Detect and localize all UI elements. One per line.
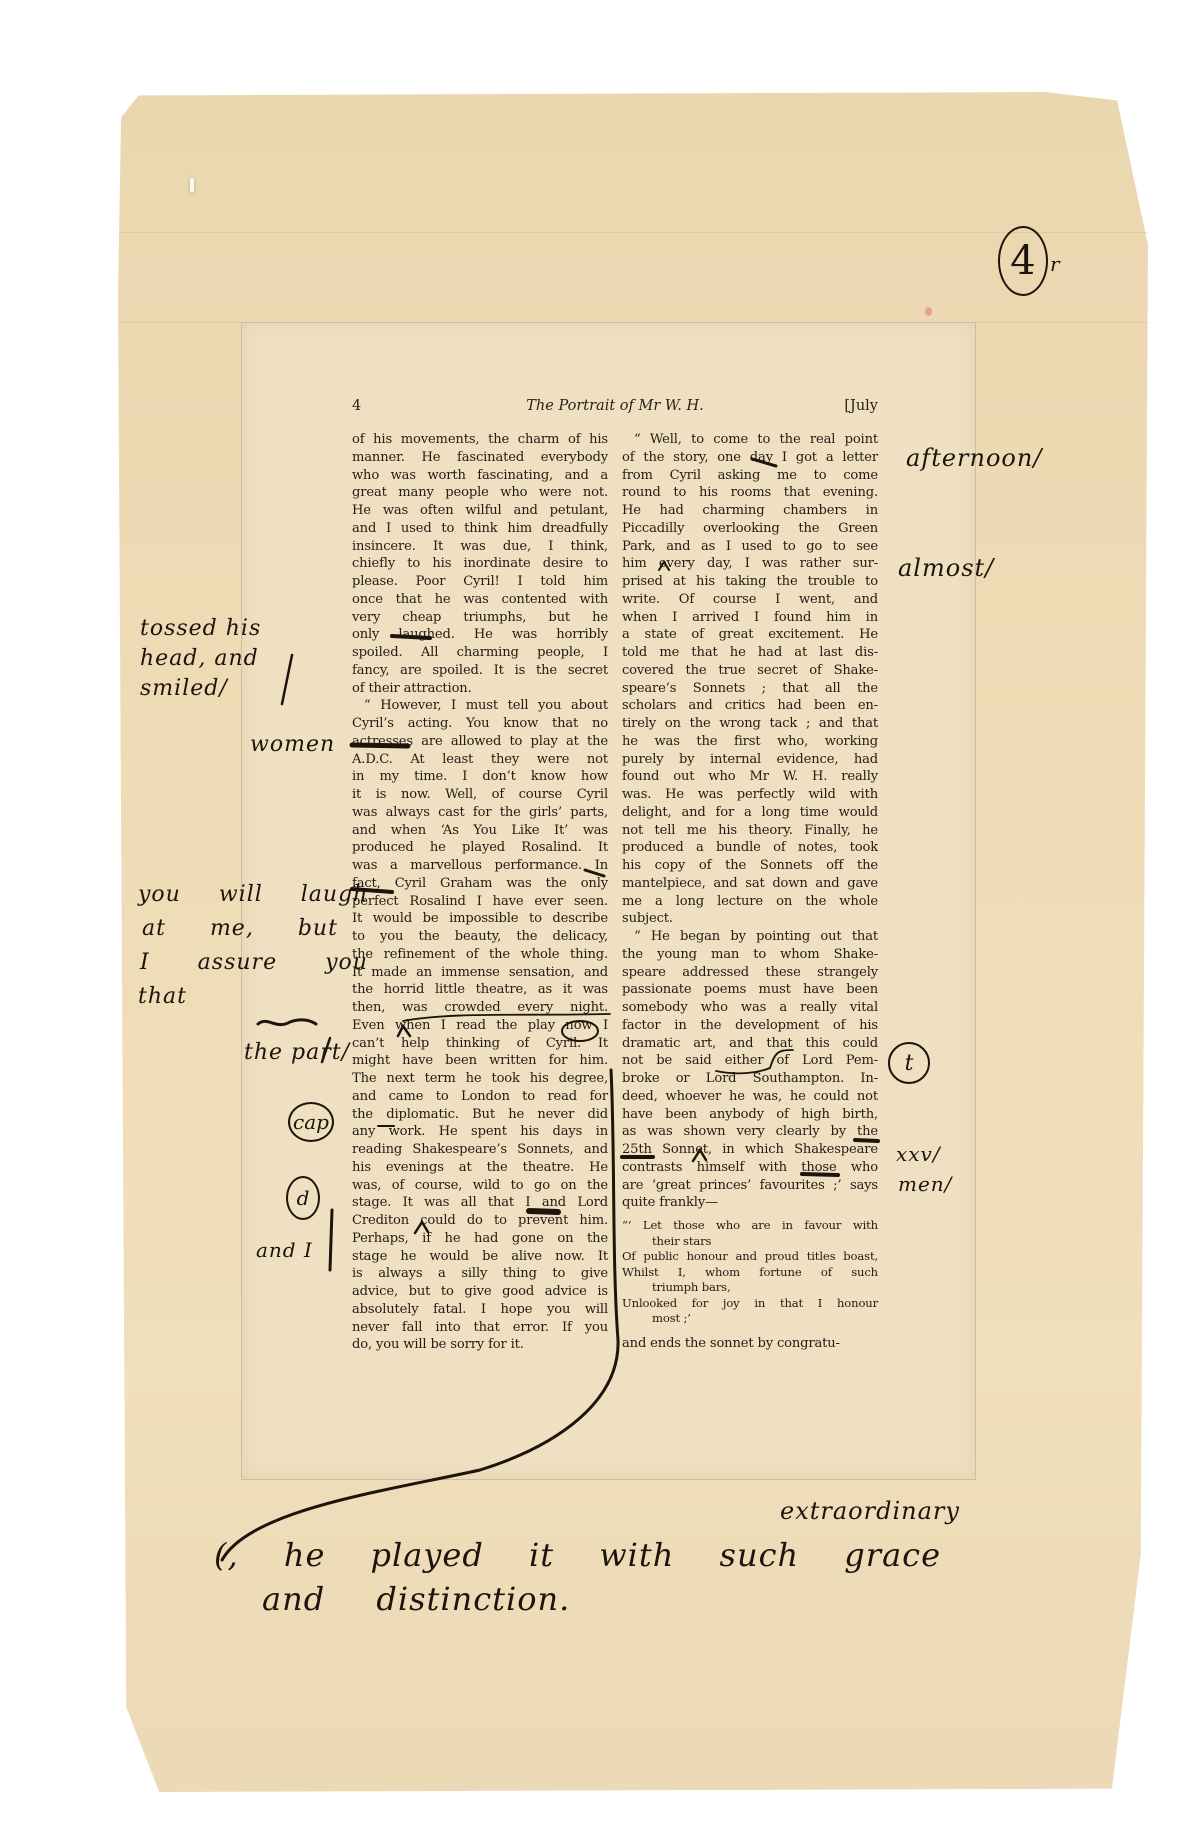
text-line: was. He was perfectly wild with xyxy=(622,786,878,804)
text-line: The next term he took his degree, xyxy=(352,1070,608,1088)
text-line: it is now. Well, of course Cyril xyxy=(352,786,608,804)
text-line: factor in the development of his xyxy=(622,1017,878,1035)
text-line: never fall into that error. If you xyxy=(352,1319,608,1337)
text-line: found out who Mr W. H. really xyxy=(622,768,878,786)
text-line: a state of great excitement. He xyxy=(622,626,878,644)
text-line: A.D.C. At least they were not xyxy=(352,751,608,769)
text-line: reading Shakespeare’s Sonnets, and xyxy=(352,1141,608,1159)
page-mark: r xyxy=(1050,252,1061,276)
text-line: do, you will be sorry for it. xyxy=(352,1336,608,1354)
running-head: 4 The Portrait of Mr W. H. [July xyxy=(352,398,878,420)
text-line: have been anybody of high birth, xyxy=(622,1106,878,1124)
text-line: He was often wilful and petulant, xyxy=(352,502,608,520)
text-line: write. Of course I went, and xyxy=(622,591,878,609)
circled-cap-mark: cap xyxy=(288,1102,334,1142)
text-line: is always a silly thing to give xyxy=(352,1265,608,1283)
verse-line: most ;’ xyxy=(622,1311,878,1327)
text-line: delight, and for a long time would xyxy=(622,804,878,822)
text-line: and ends the sonnet by congratu- xyxy=(622,1335,878,1353)
text-line: from Cyril asking me to come xyxy=(622,467,878,485)
text-line: his copy of the Sonnets off the xyxy=(622,857,878,875)
text-line: was, of course, wild to go on the xyxy=(352,1177,608,1195)
right-text-column: “ Well, to come to the real point of the… xyxy=(622,431,878,1352)
text-line: the young man to whom Shake- xyxy=(622,946,878,964)
text-line: chiefly to his inordinate desire to xyxy=(352,555,608,573)
verse-line: their stars xyxy=(622,1234,878,1250)
text-line: mantelpiece, and sat down and gave xyxy=(622,875,878,893)
running-month: [July xyxy=(844,398,878,414)
text-line: speare’s Sonnets ; that all the xyxy=(622,680,878,698)
text-line: speare addressed these strangely xyxy=(622,964,878,982)
text-line: subject. xyxy=(622,910,878,928)
text-line: can’t help thinking of Cyril. It xyxy=(352,1035,608,1053)
annotation-and-i: and I xyxy=(256,1238,313,1262)
annotation-laugh-line-1: you will laugh xyxy=(138,882,368,907)
text-line: once that he was contented with xyxy=(352,591,608,609)
text-line: the horrid little theatre, as it was xyxy=(352,981,608,999)
text-line: He had charming chambers in xyxy=(622,502,878,520)
text-line: told me that he had at last dis- xyxy=(622,644,878,662)
text-line: broke or Lord Southampton. In- xyxy=(622,1070,878,1088)
text-line: stage he would be alive now. It xyxy=(352,1248,608,1266)
text-line: “ Well, to come to the real point xyxy=(622,431,878,449)
annotation-the-part: the part/ xyxy=(244,1040,350,1065)
verse-line: Of public honour and proud titles boast, xyxy=(622,1249,878,1265)
text-line: perfect Rosalind I have ever seen. xyxy=(352,893,608,911)
text-line: as was shown very clearly by the xyxy=(622,1123,878,1141)
text-line: of their attraction. xyxy=(352,680,608,698)
text-line: him every day, I was rather sur- xyxy=(622,555,878,573)
text-line: please. Poor Cyril! I told him xyxy=(352,573,608,591)
verse-line: Whilst I, whom fortune of such xyxy=(622,1265,878,1281)
verse-line: triumph bars, xyxy=(622,1280,878,1296)
annotation-women: women xyxy=(250,732,335,757)
text-line: when I arrived I found him in xyxy=(622,609,878,627)
text-line: who was worth fascinating, and a xyxy=(352,467,608,485)
text-line: Park, and as I used to go to see xyxy=(622,538,878,556)
text-line: “ He began by pointing out that xyxy=(622,928,878,946)
text-line: round to his rooms that evening. xyxy=(622,484,878,502)
text-line: It made an immense sensation, and xyxy=(352,964,608,982)
text-line: purely by internal evidence, had xyxy=(622,751,878,769)
text-line: the diplomatic. But he never did xyxy=(352,1106,608,1124)
text-line: only laughed. He was horribly xyxy=(352,626,608,644)
text-line: “ However, I must tell you about xyxy=(352,697,608,715)
text-line: Even when I read the play now I xyxy=(352,1017,608,1035)
annotation-laugh-line-3: I assure you xyxy=(140,950,368,975)
sonnet-quotation: “‘ Let those who are in favour with thei… xyxy=(622,1218,878,1327)
text-line: manner. He fascinated everybody xyxy=(352,449,608,467)
annotation-afternoon: afternoon/ xyxy=(906,444,1042,472)
text-line: 25th Sonnet, in which Shakespeare xyxy=(622,1141,878,1159)
annotation-xxv: xxv/ xyxy=(896,1142,941,1166)
annotation-bottom-line-2: and distinction. xyxy=(262,1580,570,1618)
annotation-men: men/ xyxy=(898,1172,952,1196)
text-line: somebody who was a really vital xyxy=(622,999,878,1017)
text-line: actresses are allowed to play at the xyxy=(352,733,608,751)
annotation-bottom-line-1: (, he played it with such grace xyxy=(214,1536,941,1574)
text-line: of his movements, the charm of his xyxy=(352,431,608,449)
text-line: insincere. It was due, I think, xyxy=(352,538,608,556)
text-line: was always cast for the girls’ parts, xyxy=(352,804,608,822)
running-title: The Portrait of Mr W. H. xyxy=(352,398,878,414)
circled-page-number: 4 xyxy=(998,226,1048,296)
text-line: to you the beauty, the delicacy, xyxy=(352,928,608,946)
text-line: and came to London to read for xyxy=(352,1088,608,1106)
text-line: me a long lecture on the whole xyxy=(622,893,878,911)
text-line: Perhaps, if he had gone on the xyxy=(352,1230,608,1248)
text-line: Crediton could do to prevent him. xyxy=(352,1212,608,1230)
text-line: covered the true secret of Shake- xyxy=(622,662,878,680)
text-line: spoiled. All charming people, I xyxy=(352,644,608,662)
text-line: fact, Cyril Graham was the only xyxy=(352,875,608,893)
text-line: then, was crowded every night. xyxy=(352,999,608,1017)
text-line: very cheap triumphs, but he xyxy=(352,609,608,627)
annotation-almost: almost/ xyxy=(898,554,994,582)
text-line: scholars and critics had been en- xyxy=(622,697,878,715)
text-line: might have been written for him. xyxy=(352,1052,608,1070)
text-line: fancy, are spoiled. It is the secret xyxy=(352,662,608,680)
text-line: and I used to think him dreadfully xyxy=(352,520,608,538)
text-line: not be said either of Lord Pem- xyxy=(622,1052,878,1070)
paper-ruling xyxy=(118,232,1148,233)
text-line: advice, but to give good advice is xyxy=(352,1283,608,1301)
annotation-extraordinary: extraordinary xyxy=(780,1497,960,1525)
text-line: dramatic art, and that this could xyxy=(622,1035,878,1053)
text-line: and when ‘As You Like It’ was xyxy=(352,822,608,840)
red-stain xyxy=(925,307,932,316)
pinhole xyxy=(190,178,194,192)
text-line: quite frankly— xyxy=(622,1194,878,1212)
text-line: stage. It was all that I and Lord xyxy=(352,1194,608,1212)
left-text-column: of his movements, the charm of his manne… xyxy=(352,431,608,1354)
text-line: passionate poems must have been xyxy=(622,981,878,999)
text-line: produced a bundle of notes, took xyxy=(622,839,878,857)
annotation-laugh-line-4: that xyxy=(138,984,187,1009)
text-line: the refinement of the whole thing. xyxy=(352,946,608,964)
circled-d-mark: d xyxy=(286,1176,320,1220)
text-line: prised at his taking the trouble to xyxy=(622,573,878,591)
text-line: Cyril’s acting. You know that no xyxy=(352,715,608,733)
text-line: contrasts himself with those who xyxy=(622,1159,878,1177)
annotation-laugh-line-2: at me, but xyxy=(142,916,338,941)
text-line: in my time. I don’t know how xyxy=(352,768,608,786)
text-line: deed, whoever he was, he could not xyxy=(622,1088,878,1106)
verse-line: “‘ Let those who are in favour with xyxy=(622,1218,878,1234)
text-line: great many people who were not. xyxy=(352,484,608,502)
text-line: he was the first who, working xyxy=(622,733,878,751)
text-line: of the story, one day I got a letter xyxy=(622,449,878,467)
text-line: not tell me his theory. Finally, he xyxy=(622,822,878,840)
text-line: any work. He spent his days in xyxy=(352,1123,608,1141)
text-line: his evenings at the theatre. He xyxy=(352,1159,608,1177)
verse-line: Unlooked for joy in that I honour xyxy=(622,1296,878,1312)
circled-t-mark: t xyxy=(888,1042,930,1084)
text-line: tirely on the wrong tack ; and that xyxy=(622,715,878,733)
text-line: are ‘great princes’ favourites ;’ says xyxy=(622,1177,878,1195)
text-line: Piccadilly overlooking the Green xyxy=(622,520,878,538)
text-line: produced he played Rosalind. It xyxy=(352,839,608,857)
text-line: It would be impossible to describe xyxy=(352,910,608,928)
annotation-tossed-his-head: tossed his head, and smiled/ xyxy=(140,614,300,704)
text-line: was a marvellous performance. In xyxy=(352,857,608,875)
text-line: absolutely fatal. I hope you will xyxy=(352,1301,608,1319)
